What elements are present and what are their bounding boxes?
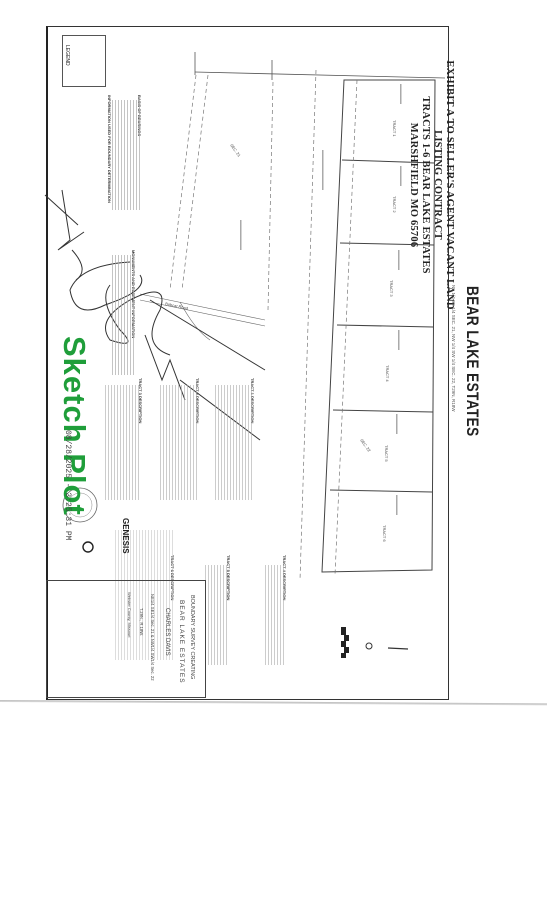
title-block-heading: BOUNDARY SURVEY CREATING <box>189 595 195 679</box>
exhibit-line-3: TRACTS 1-6 BEAR LAKE ESTATES <box>419 40 431 330</box>
stamp-timestamp: 08/28/2025 - 3:25:31 PM <box>63 430 72 540</box>
monuments-text-block <box>112 255 134 375</box>
tract-4-label: TRACT 4 <box>385 365 390 382</box>
title-block-name: BEAR LAKE ESTATES <box>178 600 185 684</box>
tract-6-label: TRACT 6 <box>382 525 387 542</box>
project-title: BEAR LAKE ESTATES <box>462 286 482 437</box>
exhibit-line-2: LISTING CONTRACT <box>431 40 443 330</box>
tract-4-text <box>265 565 285 665</box>
notes-text-block <box>112 100 140 210</box>
road-label: Bobcat Road <box>165 301 189 311</box>
exhibit-header: EXHIBIT A TO SELLER'S AGENT VACANT LAND … <box>407 40 455 330</box>
title-block-location: NE1/4 SE1/4 Sec. 21 & NW1/4 SW1/4 Sec. 2… <box>150 594 155 681</box>
tract-2-label: TRACT 2 <box>392 196 397 213</box>
tract-1-text <box>215 385 253 500</box>
section-22-label: SEC. 22 <box>359 438 372 454</box>
tract-1-label: TRACT 1 <box>392 120 397 137</box>
tract-2-text <box>160 385 198 500</box>
project-subtitle: NE 1/4 SE 1/4 SEC. 21, NW 1/4 SW 1/4 SEC… <box>451 285 456 411</box>
sketch-plot-watermark: Sketch Plot <box>56 336 92 516</box>
tract-3-label: TRACT 3 <box>389 280 394 297</box>
section-21-label: SEC. 21 <box>229 143 242 159</box>
tract-3-text <box>105 385 141 500</box>
tract-5-text <box>205 565 229 665</box>
exhibit-line-4: MARSHFIELD MO 65706 <box>407 40 419 330</box>
title-block-client: CHARLES DAVIS <box>164 608 170 656</box>
tract-5-label: TRACT 5 <box>384 445 389 462</box>
title-block-township: T.29N., R.18W. <box>139 608 144 636</box>
title-block-county: Webster County, Missouri <box>127 592 132 637</box>
surveyor-logo: GENESIS <box>121 518 130 554</box>
